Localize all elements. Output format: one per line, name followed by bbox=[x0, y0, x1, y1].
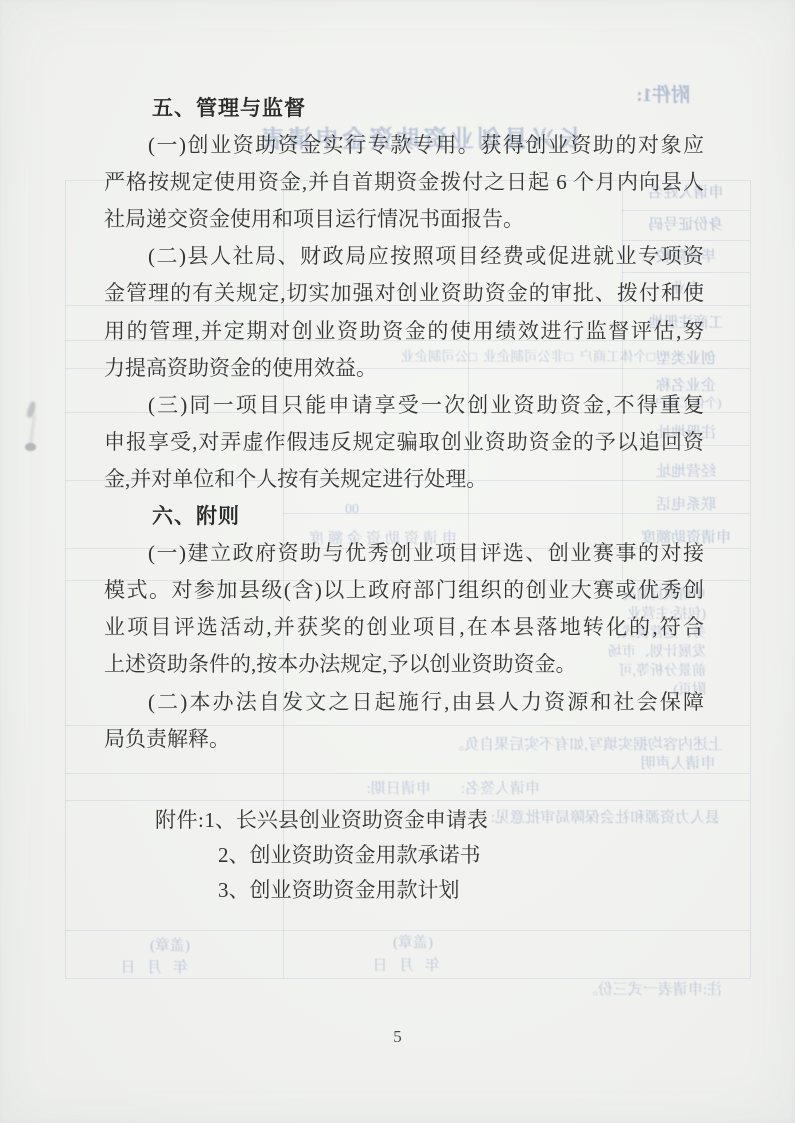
attachments-block: 附件:1、长兴县创业资助资金申请表 2、创业资助资金用款承诺书 3、创业资助资金… bbox=[155, 803, 488, 908]
attachment-line-1: 附件:1、长兴县创业资助资金申请表 bbox=[155, 803, 488, 838]
attachment-item-2: 2、创业资助资金用款承诺书 bbox=[155, 838, 488, 873]
body-text-line: 局负责解释。 bbox=[104, 721, 704, 758]
bleedthrough-grid-hline bbox=[65, 773, 750, 774]
body-text-line: 金管理的有关规定,切实加强对创业资助资金的审批、拨付和使 bbox=[104, 275, 704, 312]
bleedthrough-grid-hline bbox=[65, 930, 750, 931]
bleedthrough-text: 年 月 日 bbox=[372, 957, 440, 976]
body-text-line: 力提高资助资金的使用效益。 bbox=[104, 350, 704, 387]
document-body: 五、管理与监督(一)创业资助资金实行专款专用。获得创业资助的对象应严格按规定使用… bbox=[104, 90, 704, 758]
bleedthrough-grid-vline bbox=[750, 180, 751, 978]
body-text-line: 社局递交资金使用和项目运行情况书面报告。 bbox=[104, 201, 704, 238]
bleedthrough-grid-hline bbox=[65, 978, 750, 979]
body-text-line: 用的管理,并定期对创业资助资金的使用绩效进行监督评估,努 bbox=[104, 313, 704, 350]
body-text-line: (二)本办法自发文之日起施行,由县人力资源和社会保障 bbox=[104, 684, 704, 721]
body-text-line: 模式。对参加县级(含)以上政府部门组织的创业大赛或优秀创 bbox=[104, 572, 704, 609]
attachments-label: 附件: bbox=[155, 808, 204, 832]
attachment-item-1: 1、长兴县创业资助资金申请表 bbox=[204, 808, 488, 832]
bleedthrough-text: (盖章) bbox=[393, 934, 433, 953]
bleedthrough-text: (盖章) bbox=[150, 937, 190, 956]
margin-smudge bbox=[29, 415, 36, 445]
body-text-line: 上述资助条件的,按本办法规定,予以创业资助资金。 bbox=[104, 646, 704, 683]
attachment-item-3: 3、创业资助资金用款计划 bbox=[155, 873, 488, 908]
bleedthrough-text: 申请人声明 bbox=[619, 755, 737, 774]
page-number: 5 bbox=[0, 1027, 795, 1047]
body-text-line: 业项目评选活动,并获奖的创业项目,在本县落地转化的,符合 bbox=[104, 609, 704, 646]
section-heading: 六、附则 bbox=[104, 498, 704, 535]
body-text-line: (三)同一项目只能申请享受一次创业资助资金,不得重复 bbox=[104, 387, 704, 424]
bleedthrough-text: 申请人签名: 申请日期: bbox=[367, 780, 540, 799]
bleedthrough-text: 县人力资源和社会保障局审批意见: bbox=[491, 809, 720, 828]
body-text-line: 严格按规定使用资金,并自首期资金拨付之日起 6 个月内向县人 bbox=[104, 164, 704, 201]
bleedthrough-text: 注:申请表一式三份。 bbox=[583, 981, 722, 1000]
bleedthrough-grid-vline bbox=[65, 180, 66, 978]
bleedthrough-text: 年 月 日 bbox=[120, 959, 188, 978]
body-text-line: 金,并对单位和个人按有关规定进行处理。 bbox=[104, 461, 704, 498]
scanned-document-page: 附件1:长兴县创业资助资金申请表申请人姓名身份证号码毕业院校专业工商注册地创业类… bbox=[0, 0, 795, 1123]
body-text-line: (一)创业资助资金实行专款专用。获得创业资助的对象应 bbox=[104, 127, 704, 164]
margin-smudge bbox=[25, 443, 36, 451]
body-text-line: (一)建立政府资助与优秀创业项目评选、创业赛事的对接 bbox=[104, 535, 704, 572]
section-heading: 五、管理与监督 bbox=[104, 90, 704, 127]
body-text-line: 申报享受,对弄虚作假违反规定骗取创业资助资金的予以追回资 bbox=[104, 424, 704, 461]
bleedthrough-grid-hline bbox=[65, 800, 750, 801]
body-text-line: (二)县人社局、财政局应按照项目经费或促进就业专项资 bbox=[104, 238, 704, 275]
